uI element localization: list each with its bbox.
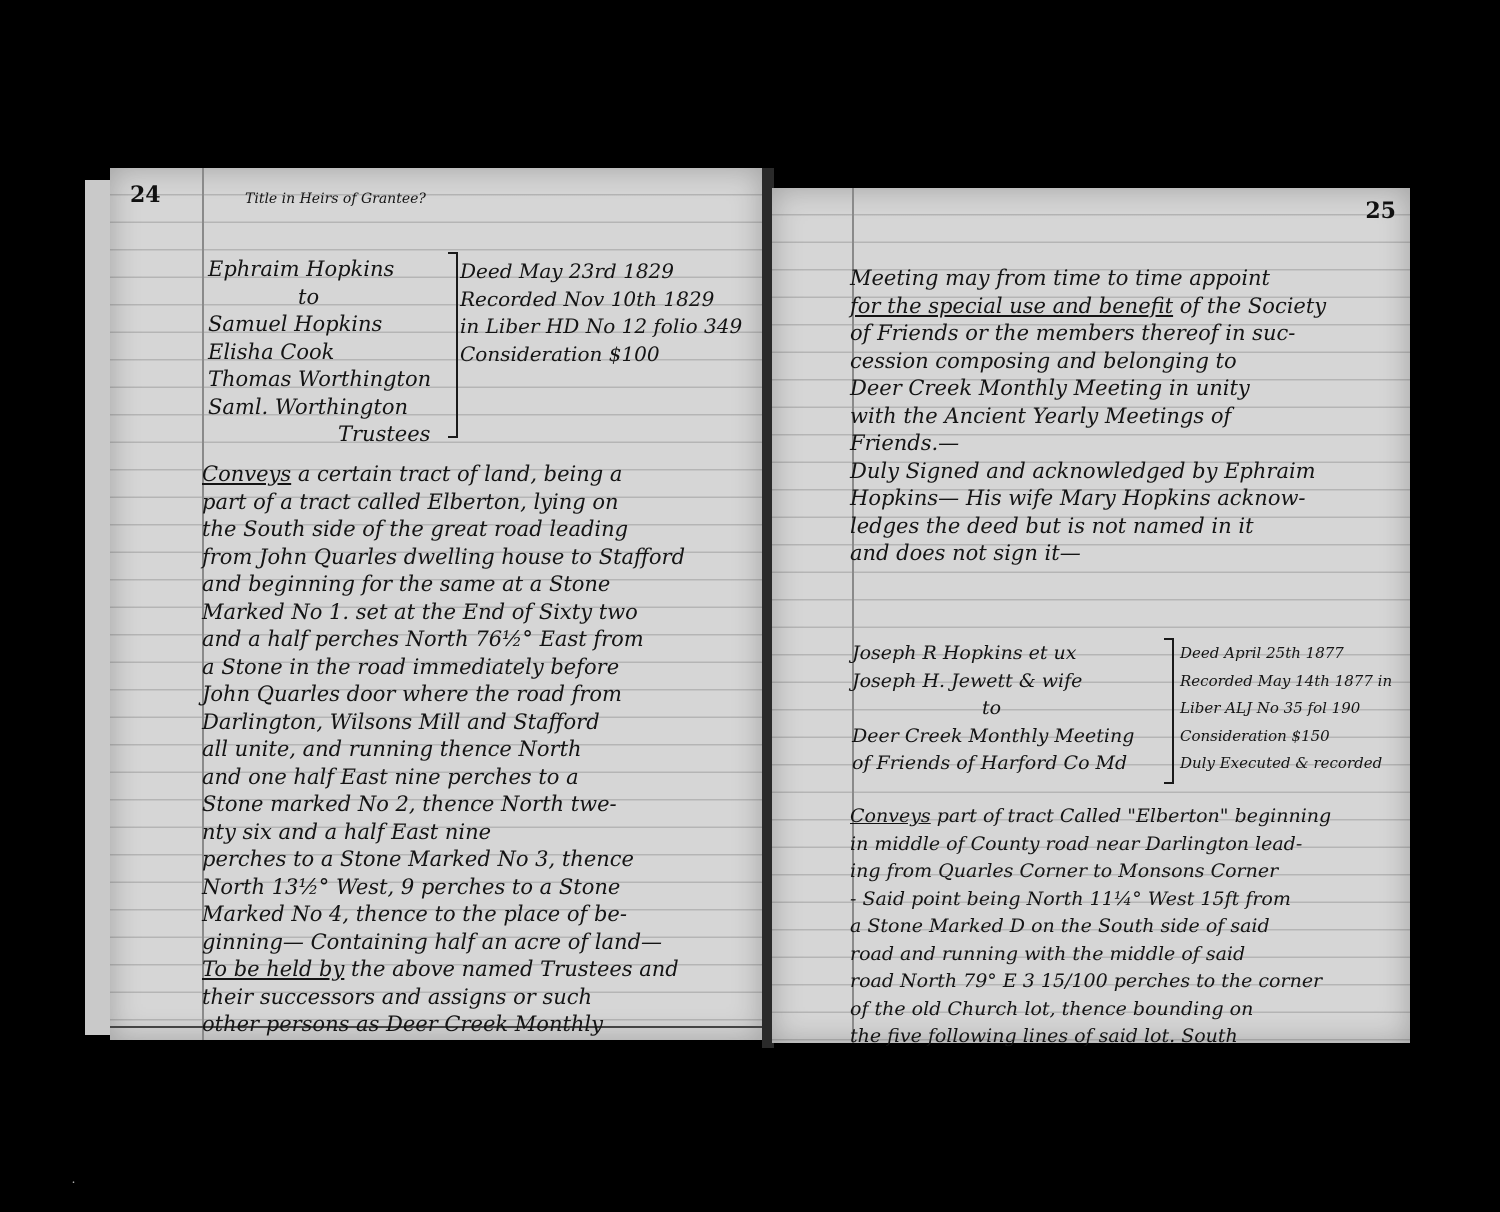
deed-body-text: Conveys a certain tract of land, being a…	[202, 461, 762, 1039]
text-line: of Friends or the members thereof in suc…	[850, 320, 1410, 348]
text-line: of Friends of Harford Co Md	[852, 750, 1162, 778]
text-line: Marked No 1. set at the End of Sixty two	[202, 599, 762, 627]
text-line: Saml. Worthington	[208, 394, 448, 422]
text-line: Stone marked No 2, thence North twe-	[202, 791, 762, 819]
text-line: to	[852, 695, 1162, 723]
text-line: Deed May 23rd 1829	[460, 258, 760, 286]
deed-details: Deed May 23rd 1829Recorded Nov 10th 1829…	[460, 258, 760, 368]
text-line: their successors and assigns or such	[202, 984, 762, 1012]
text-line: Deed April 25th 1877	[1180, 640, 1405, 668]
line-text: the South side of the great road leading	[202, 517, 628, 541]
text-line: road North 79° E 3 15/100 perches to the…	[850, 968, 1410, 996]
text-line: Darlington, Wilsons Mill and Stafford	[202, 709, 762, 737]
line-text: ledges the deed but is not named in it	[850, 514, 1254, 538]
text-line: ginning— Containing half an acre of land…	[202, 929, 762, 957]
text-line: perches to a Stone Marked No 3, thence	[202, 846, 762, 874]
line-text: their successors and assigns or such	[202, 985, 592, 1009]
text-line: in middle of County road near Darlington…	[850, 831, 1410, 859]
line-text: Friends.—	[850, 431, 959, 455]
text-line: To be held by the above named Trustees a…	[202, 956, 762, 984]
text-line: North 13½° West, 9 perches to a Stone	[202, 874, 762, 902]
page-number: 25	[1365, 198, 1396, 224]
line-text: John Quarles door where the road from	[202, 682, 622, 706]
text-line: and a half perches North 76½° East from	[202, 626, 762, 654]
text-line: other persons as Deer Creek Monthly	[202, 1011, 762, 1039]
text-line: Duly Executed & recorded	[1180, 750, 1405, 778]
line-text: the five following lines of said lot. So…	[850, 1025, 1238, 1047]
bracket	[1164, 638, 1174, 784]
line-text: of Friends or the members thereof in suc…	[850, 321, 1295, 345]
line-text: ing from Quarles Corner to Monsons Corne…	[850, 860, 1278, 882]
text-line: ing from Quarles Corner to Monsons Corne…	[850, 858, 1410, 886]
text-line: John Quarles door where the road from	[202, 681, 762, 709]
text-line: Deer Creek Monthly Meeting in unity	[850, 375, 1410, 403]
text-line: to	[208, 284, 448, 312]
text-line: Deer Creek Monthly Meeting	[852, 723, 1162, 751]
line-text: perches to a Stone Marked No 3, thence	[202, 847, 634, 871]
underlined-lead: for the special use and benefit	[850, 294, 1173, 318]
ledger-page-left: 24 Title in Heirs of Grantee? Ephraim Ho…	[110, 168, 762, 1040]
line-text: Marked No 1. set at the End of Sixty two	[202, 600, 638, 624]
text-line: cession composing and belonging to	[850, 348, 1410, 376]
text-line: Ephraim Hopkins	[208, 256, 448, 284]
line-text: and beginning for the same at a Stone	[202, 572, 610, 596]
text-line: ledges the deed but is not named in it	[850, 513, 1410, 541]
line-text: and one half East nine perches to a	[202, 765, 579, 789]
line-text: Meeting may from time to time appoint	[850, 266, 1270, 290]
ledger-page-right: 25 Meeting may from time to time appoint…	[772, 188, 1410, 1043]
line-text: Hopkins— His wife Mary Hopkins acknow-	[850, 486, 1306, 510]
line-text: North 13½° West, 9 perches to a Stone	[202, 875, 620, 899]
bracket	[448, 252, 458, 438]
line-text: Darlington, Wilsons Mill and Stafford	[202, 710, 600, 734]
line-text: and does not sign it—	[850, 541, 1081, 565]
deed-details: Deed April 25th 1877Recorded May 14th 18…	[1180, 640, 1405, 778]
text-line: Trustees	[208, 421, 448, 449]
line-text: Marked No 4, thence to the place of be-	[202, 902, 627, 926]
text-line: and one half East nine perches to a	[202, 764, 762, 792]
text-line: Recorded Nov 10th 1829	[460, 286, 760, 314]
line-text: with the Ancient Yearly Meetings of	[850, 404, 1231, 428]
text-line: and does not sign it—	[850, 540, 1410, 568]
line-text: in middle of County road near Darlington…	[850, 833, 1302, 855]
text-line: the five following lines of said lot. So…	[850, 1023, 1410, 1051]
text-line: Elisha Cook	[208, 339, 448, 367]
line-text: a Stone Marked D on the South side of sa…	[850, 915, 1270, 937]
line-text: road North 79° E 3 15/100 perches to the…	[850, 970, 1322, 992]
line-text: ginning— Containing half an acre of land…	[202, 930, 662, 954]
text-line: nty six and a half East nine	[202, 819, 762, 847]
text-line: Hopkins— His wife Mary Hopkins acknow-	[850, 485, 1410, 513]
line-text: a Stone in the road immediately before	[202, 655, 619, 679]
text-line: in Liber HD No 12 folio 349	[460, 313, 760, 341]
text-line: Liber ALJ No 35 fol 190	[1180, 695, 1405, 723]
text-line: for the special use and benefit of the S…	[850, 293, 1410, 321]
deed-body-text: Conveys part of tract Called "Elberton" …	[850, 803, 1410, 1051]
text-line: of the old Church lot, thence bounding o…	[850, 996, 1410, 1024]
text-line: part of a tract called Elberton, lying o…	[202, 489, 762, 517]
line-text: Deer Creek Monthly Meeting in unity	[850, 376, 1250, 400]
line-text: and a half perches North 76½° East from	[202, 627, 644, 651]
text-line: Conveys part of tract Called "Elberton" …	[850, 803, 1410, 831]
text-line: from John Quarles dwelling house to Staf…	[202, 544, 762, 572]
text-line: with the Ancient Yearly Meetings of	[850, 403, 1410, 431]
line-text: nty six and a half East nine	[202, 820, 491, 844]
line-text: Duly Signed and acknowledged by Ephraim	[850, 459, 1316, 483]
text-line: Meeting may from time to time appoint	[850, 265, 1410, 293]
text-line: Joseph R Hopkins et ux	[852, 640, 1162, 668]
margin-note: Title in Heirs of Grantee?	[245, 186, 426, 214]
line-text: cession composing and belonging to	[850, 349, 1237, 373]
continuation-text: Meeting may from time to time appointfor…	[850, 265, 1410, 568]
text-line: a Stone Marked D on the South side of sa…	[850, 913, 1410, 941]
line-text: Stone marked No 2, thence North twe-	[202, 792, 617, 816]
text-line: Marked No 4, thence to the place of be-	[202, 901, 762, 929]
line-text: - Said point being North 11¼° West 15ft …	[850, 888, 1291, 910]
line-text: all unite, and running thence North	[202, 737, 582, 761]
text-line: Samuel Hopkins	[208, 311, 448, 339]
line-text: other persons as Deer Creek Monthly	[202, 1012, 603, 1036]
line-text: from John Quarles dwelling house to Staf…	[202, 545, 685, 569]
text-line: the South side of the great road leading	[202, 516, 762, 544]
text-line: Conveys a certain tract of land, being a	[202, 461, 762, 489]
line-text: of the Society	[1173, 294, 1326, 318]
text-line: Recorded May 14th 1877 in	[1180, 668, 1405, 696]
text-line: Friends.—	[850, 430, 1410, 458]
underlined-lead: Conveys	[202, 462, 291, 486]
page-number: 24	[130, 182, 161, 208]
text-line: Thomas Worthington	[208, 366, 448, 394]
text-line: - Said point being North 11¼° West 15ft …	[850, 886, 1410, 914]
text-line: road and running with the middle of said	[850, 941, 1410, 969]
line-text: of the old Church lot, thence bounding o…	[850, 998, 1253, 1020]
line-text: part of a tract called Elberton, lying o…	[202, 490, 619, 514]
deed-parties: Ephraim HopkinstoSamuel HopkinsElisha Co…	[208, 256, 448, 449]
underlined-lead: Conveys	[850, 805, 931, 827]
line-text: road and running with the middle of said	[850, 943, 1245, 965]
text-line: all unite, and running thence North	[202, 736, 762, 764]
text-line: Duly Signed and acknowledged by Ephraim	[850, 458, 1410, 486]
text-line: Consideration $150	[1180, 723, 1405, 751]
text-line: and beginning for the same at a Stone	[202, 571, 762, 599]
line-text: the above named Trustees and	[344, 957, 678, 981]
text-line: Consideration $100	[460, 341, 760, 369]
text-line: a Stone in the road immediately before	[202, 654, 762, 682]
line-text: a certain tract of land, being a	[291, 462, 622, 486]
deed-parties: Joseph R Hopkins et uxJoseph H. Jewett &…	[852, 640, 1162, 778]
text-line: Joseph H. Jewett & wife	[852, 668, 1162, 696]
line-text: part of tract Called "Elberton" beginnin…	[931, 805, 1331, 827]
underlined-lead: To be held by	[202, 957, 344, 981]
film-speck: ˙	[70, 1180, 77, 1196]
